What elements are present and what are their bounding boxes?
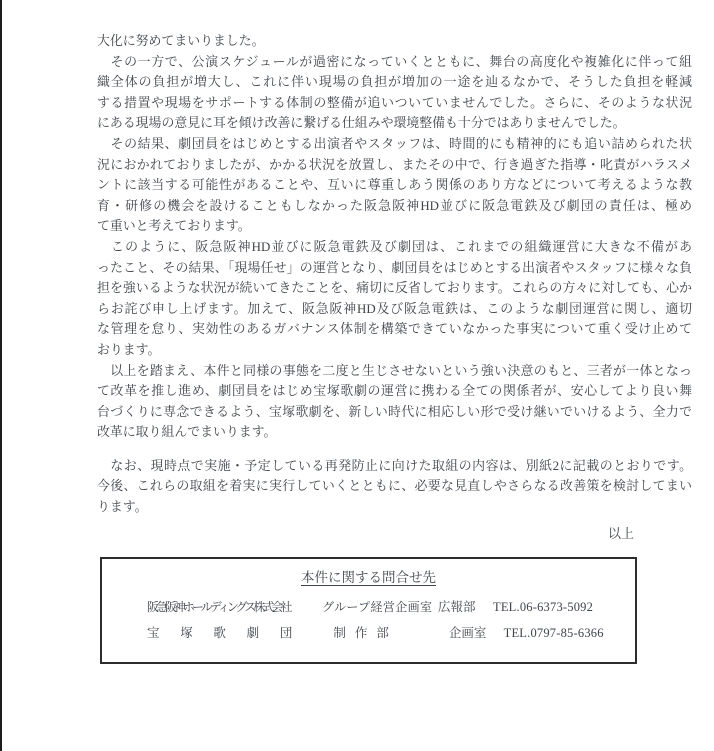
- text-line: らお詫び申し上げます。加えて、阪急阪神HD及び阪急電鉄は、このような劇団運営に関…: [97, 299, 692, 320]
- paragraph: このように、阪急阪神HD並びに阪急電鉄及び劇団は、これまでの組織運営に大きな不備…: [97, 237, 692, 361]
- text-line: その結果、劇団員をはじめとする出演者やスタッフは、時間的にも精神的にも追い詰めら…: [97, 134, 692, 155]
- text-line: ったこと、その結果、「現場任せ」の運営となり、劇団員をはじめとする出演者やスタッ…: [97, 258, 692, 279]
- text-line: ントに該当する可能性があることや、互いに尊重しあう関係のあり方などについて考える…: [97, 175, 692, 196]
- text-line: おります。: [97, 340, 692, 361]
- paragraph: その結果、劇団員をはじめとする出演者やスタッフは、時間的にも精神的にも追い詰めら…: [97, 134, 692, 237]
- document-page: 大化に努めてまいりました。 その一方で、公演スケジュールが過密になっていくととも…: [0, 0, 714, 751]
- closing-ijou: 以上: [97, 524, 692, 545]
- contact-title: 本件に関する問合せ先: [102, 568, 635, 590]
- text-line: にある現場の意見に耳を傾け改善に繋げる仕組みや環境整備も十分ではありませんでした…: [97, 113, 692, 134]
- contact-cell: TEL.06-6373-5092: [493, 597, 625, 618]
- text-line: 担を強いるような状況が続いてきたことを、痛切に反省しております。これらの方々に対…: [97, 278, 692, 299]
- text-line: て改革を推し進め、劇団員をはじめ宝塚歌劇の運営に携わる全ての関係者が、安心してよ…: [97, 381, 692, 402]
- text-line: その一方で、公演スケジュールが過密になっていくとともに、舞台の高度化や複雑化に伴…: [97, 52, 692, 73]
- text-line: 況におかれておりましたが、かかる状況を放置し、またその中で、行き過ぎた指導・叱責…: [97, 155, 692, 176]
- contact-row: 阪急阪神ホールディングス株式会社グループ経営企画室広報部TEL.06-6373-…: [102, 597, 635, 623]
- contact-cell: TEL.0797-85-6366: [504, 623, 635, 644]
- paragraph: 以上を踏まえ、本件と同様の事態を二度と生じさせないという強い決意のもと、三者が一…: [97, 361, 692, 443]
- text-line: このように、阪急阪神HD並びに阪急電鉄及び劇団は、これまでの組織運営に大きな不備…: [97, 237, 692, 258]
- text-line: な管理を怠り、実効性のあるガバナンス体制を構築できていなかった事実について重く受…: [97, 319, 692, 340]
- text-line: 大化に努めてまいりました。: [97, 31, 692, 52]
- text-line: 今後、これらの取組を着実に実行していくとともに、必要な見直しやさらなる改善策を検…: [97, 476, 692, 497]
- text-line: 育・研修の機会を設けることもしなかった阪急阪神HD並びに阪急電鉄及び劇団の責任は…: [97, 196, 692, 217]
- contact-cell: グループ経営企画室: [322, 597, 432, 618]
- text-line: 織全体の負担が増大し、これに伴い現場の負担が増加の一途を辿るなかで、そうした負担…: [97, 72, 692, 93]
- text-line: て重いと考えております。: [97, 216, 692, 237]
- contact-cell: 阪急阪神ホールディングス株式会社: [147, 597, 293, 618]
- text-line: 改革に取り組んでまいります。: [97, 422, 692, 443]
- paragraph: 大化に努めてまいりました。: [97, 31, 692, 52]
- text-line: する措置や現場をサポートする体制の整備が追いついていませんでした。さらに、そのよ…: [97, 93, 692, 114]
- paragraph: なお、現時点で実施・予定している再発防止に向けた取組の内容は、別紙2に記載のとお…: [97, 456, 692, 518]
- paragraph: その一方で、公演スケジュールが過密になっていくとともに、舞台の高度化や複雑化に伴…: [97, 52, 692, 134]
- document-body: 大化に努めてまいりました。 その一方で、公演スケジュールが過密になっていくととも…: [97, 31, 692, 518]
- text-line: ります。: [97, 497, 692, 518]
- text-line: 台づくりに専念できるよう、宝塚歌劇を、新しい時代に相応しい形で受け継いでいけるよ…: [97, 402, 692, 423]
- contact-cell: 制作部: [321, 623, 443, 644]
- text-line: 以上を踏まえ、本件と同様の事態を二度と生じさせないという強い決意のもと、三者が一…: [97, 361, 692, 382]
- contact-cell: 企画室: [449, 623, 495, 644]
- document-content: 大化に努めてまいりました。 その一方で、公演スケジュールが過密になっていくととも…: [97, 31, 692, 664]
- contact-cell: 宝塚歌劇団: [147, 623, 292, 644]
- text-line: なお、現時点で実施・予定している再発防止に向けた取組の内容は、別紙2に記載のとお…: [97, 456, 692, 477]
- contact-row: 宝塚歌劇団制作部企画室TEL.0797-85-6366: [102, 623, 635, 649]
- contact-box: 本件に関する問合せ先 阪急阪神ホールディングス株式会社グループ経営企画室広報部T…: [100, 557, 637, 664]
- contact-rows: 阪急阪神ホールディングス株式会社グループ経営企画室広報部TEL.06-6373-…: [102, 597, 635, 649]
- page-edge-line: [0, 0, 2, 751]
- contact-cell: 広報部: [438, 597, 484, 618]
